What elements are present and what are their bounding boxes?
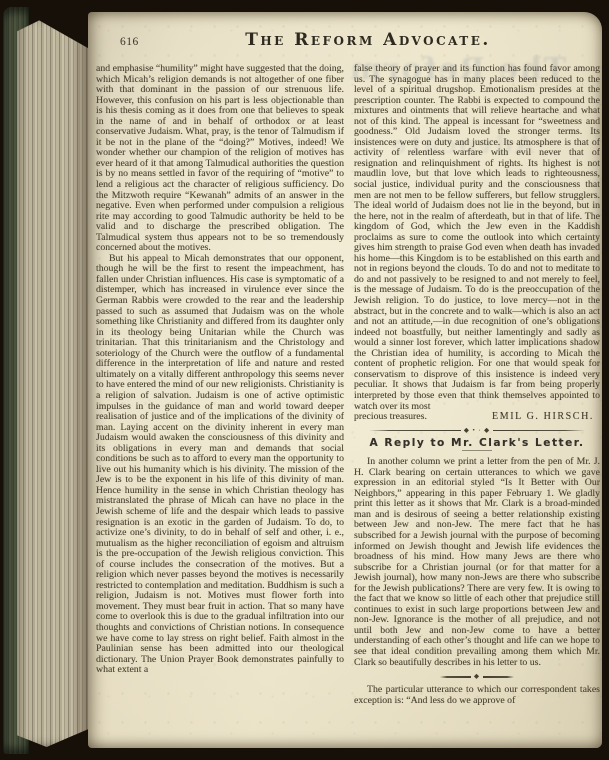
paragraph: and emphasise “humility” might have sugg… (96, 64, 344, 254)
paragraph-end: precious treasures. (354, 412, 427, 423)
page-edges (17, 13, 91, 750)
text-columns: and emphasise “humility” might have sugg… (96, 64, 600, 744)
divider-line-icon (440, 676, 471, 677)
paragraph-divider: ◆ (440, 674, 514, 680)
section-divider: ◆ • · ◆ (369, 428, 585, 434)
author-signature: EMIL G. HIRSCH. (492, 412, 600, 423)
divider-ornament-icon: ◆ • · ◆ (461, 428, 493, 434)
divider-ornament-icon: ◆ (471, 674, 483, 680)
divider-line-icon (493, 430, 585, 431)
divider-line-icon (483, 676, 514, 677)
paragraph: In another column we print a letter from… (354, 457, 600, 668)
paragraph: false theory of prayer and its function … (354, 64, 600, 412)
divider-line-icon (369, 430, 461, 431)
paragraph: But his appeal to Micah demonstrates tha… (96, 254, 344, 676)
left-column: and emphasise “humility” might have sugg… (96, 64, 344, 744)
document-page: The Reform Advocate 616 The Reform Advoc… (88, 12, 602, 748)
heading-rule (462, 450, 492, 451)
page-header: 616 The Reform Advocate. (96, 30, 600, 56)
section-heading: A Reply to Mr. Clark's Letter. (354, 438, 600, 449)
paragraph: The particular utterance to which our co… (354, 685, 600, 706)
journal-title: The Reform Advocate. (136, 30, 600, 50)
article-closing-line: precious treasures. EMIL G. HIRSCH. (354, 412, 600, 423)
right-column: false theory of prayer and its function … (354, 64, 600, 744)
book-scan-photo: The Reform Advocate 616 The Reform Advoc… (0, 0, 609, 760)
